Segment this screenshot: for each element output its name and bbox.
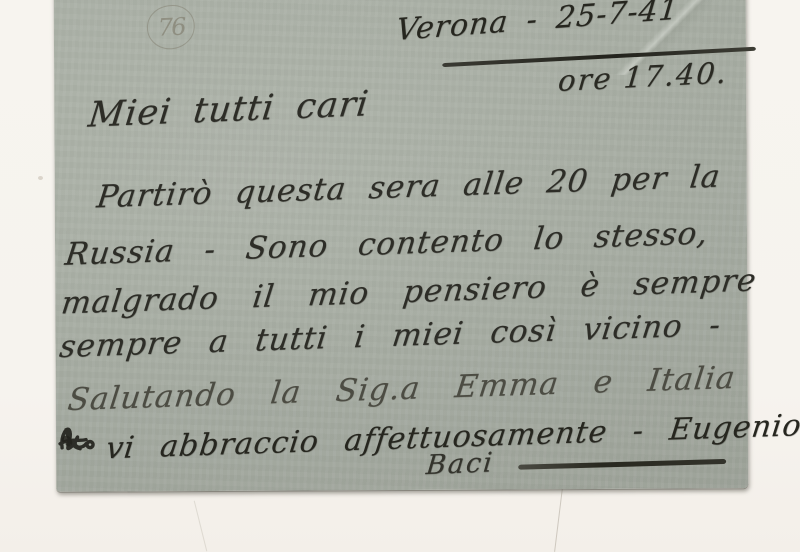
background-speck <box>38 176 43 180</box>
postscript-baci: Baci <box>425 449 495 479</box>
scanned-postcard-image: 76 Verona - 25-7-41 ore 17.40. Miei tutt… <box>0 0 800 552</box>
background-crease <box>194 501 208 552</box>
background-crease <box>554 488 563 552</box>
timeline-hour: ore 17.40. <box>557 58 729 95</box>
pencil-circle-mark: 76 <box>144 2 198 52</box>
scratched-out-word <box>56 418 110 458</box>
body-line-5: Salutando la Sig.a Emma e Italia <box>66 363 737 416</box>
dateline-place-date: Verona - 25-7-41 <box>395 0 680 46</box>
body-line-2: Russia - Sono contento lo stesso, <box>63 218 710 270</box>
greeting-line: Miei tutti cari <box>86 87 370 133</box>
pencil-number: 76 <box>157 13 185 42</box>
body-line-1: Partirò questa sera alle 20 per la <box>95 162 722 214</box>
signature-flourish-underline <box>518 459 726 470</box>
postcard: 76 Verona - 25-7-41 ore 17.40. Miei tutt… <box>54 0 749 492</box>
